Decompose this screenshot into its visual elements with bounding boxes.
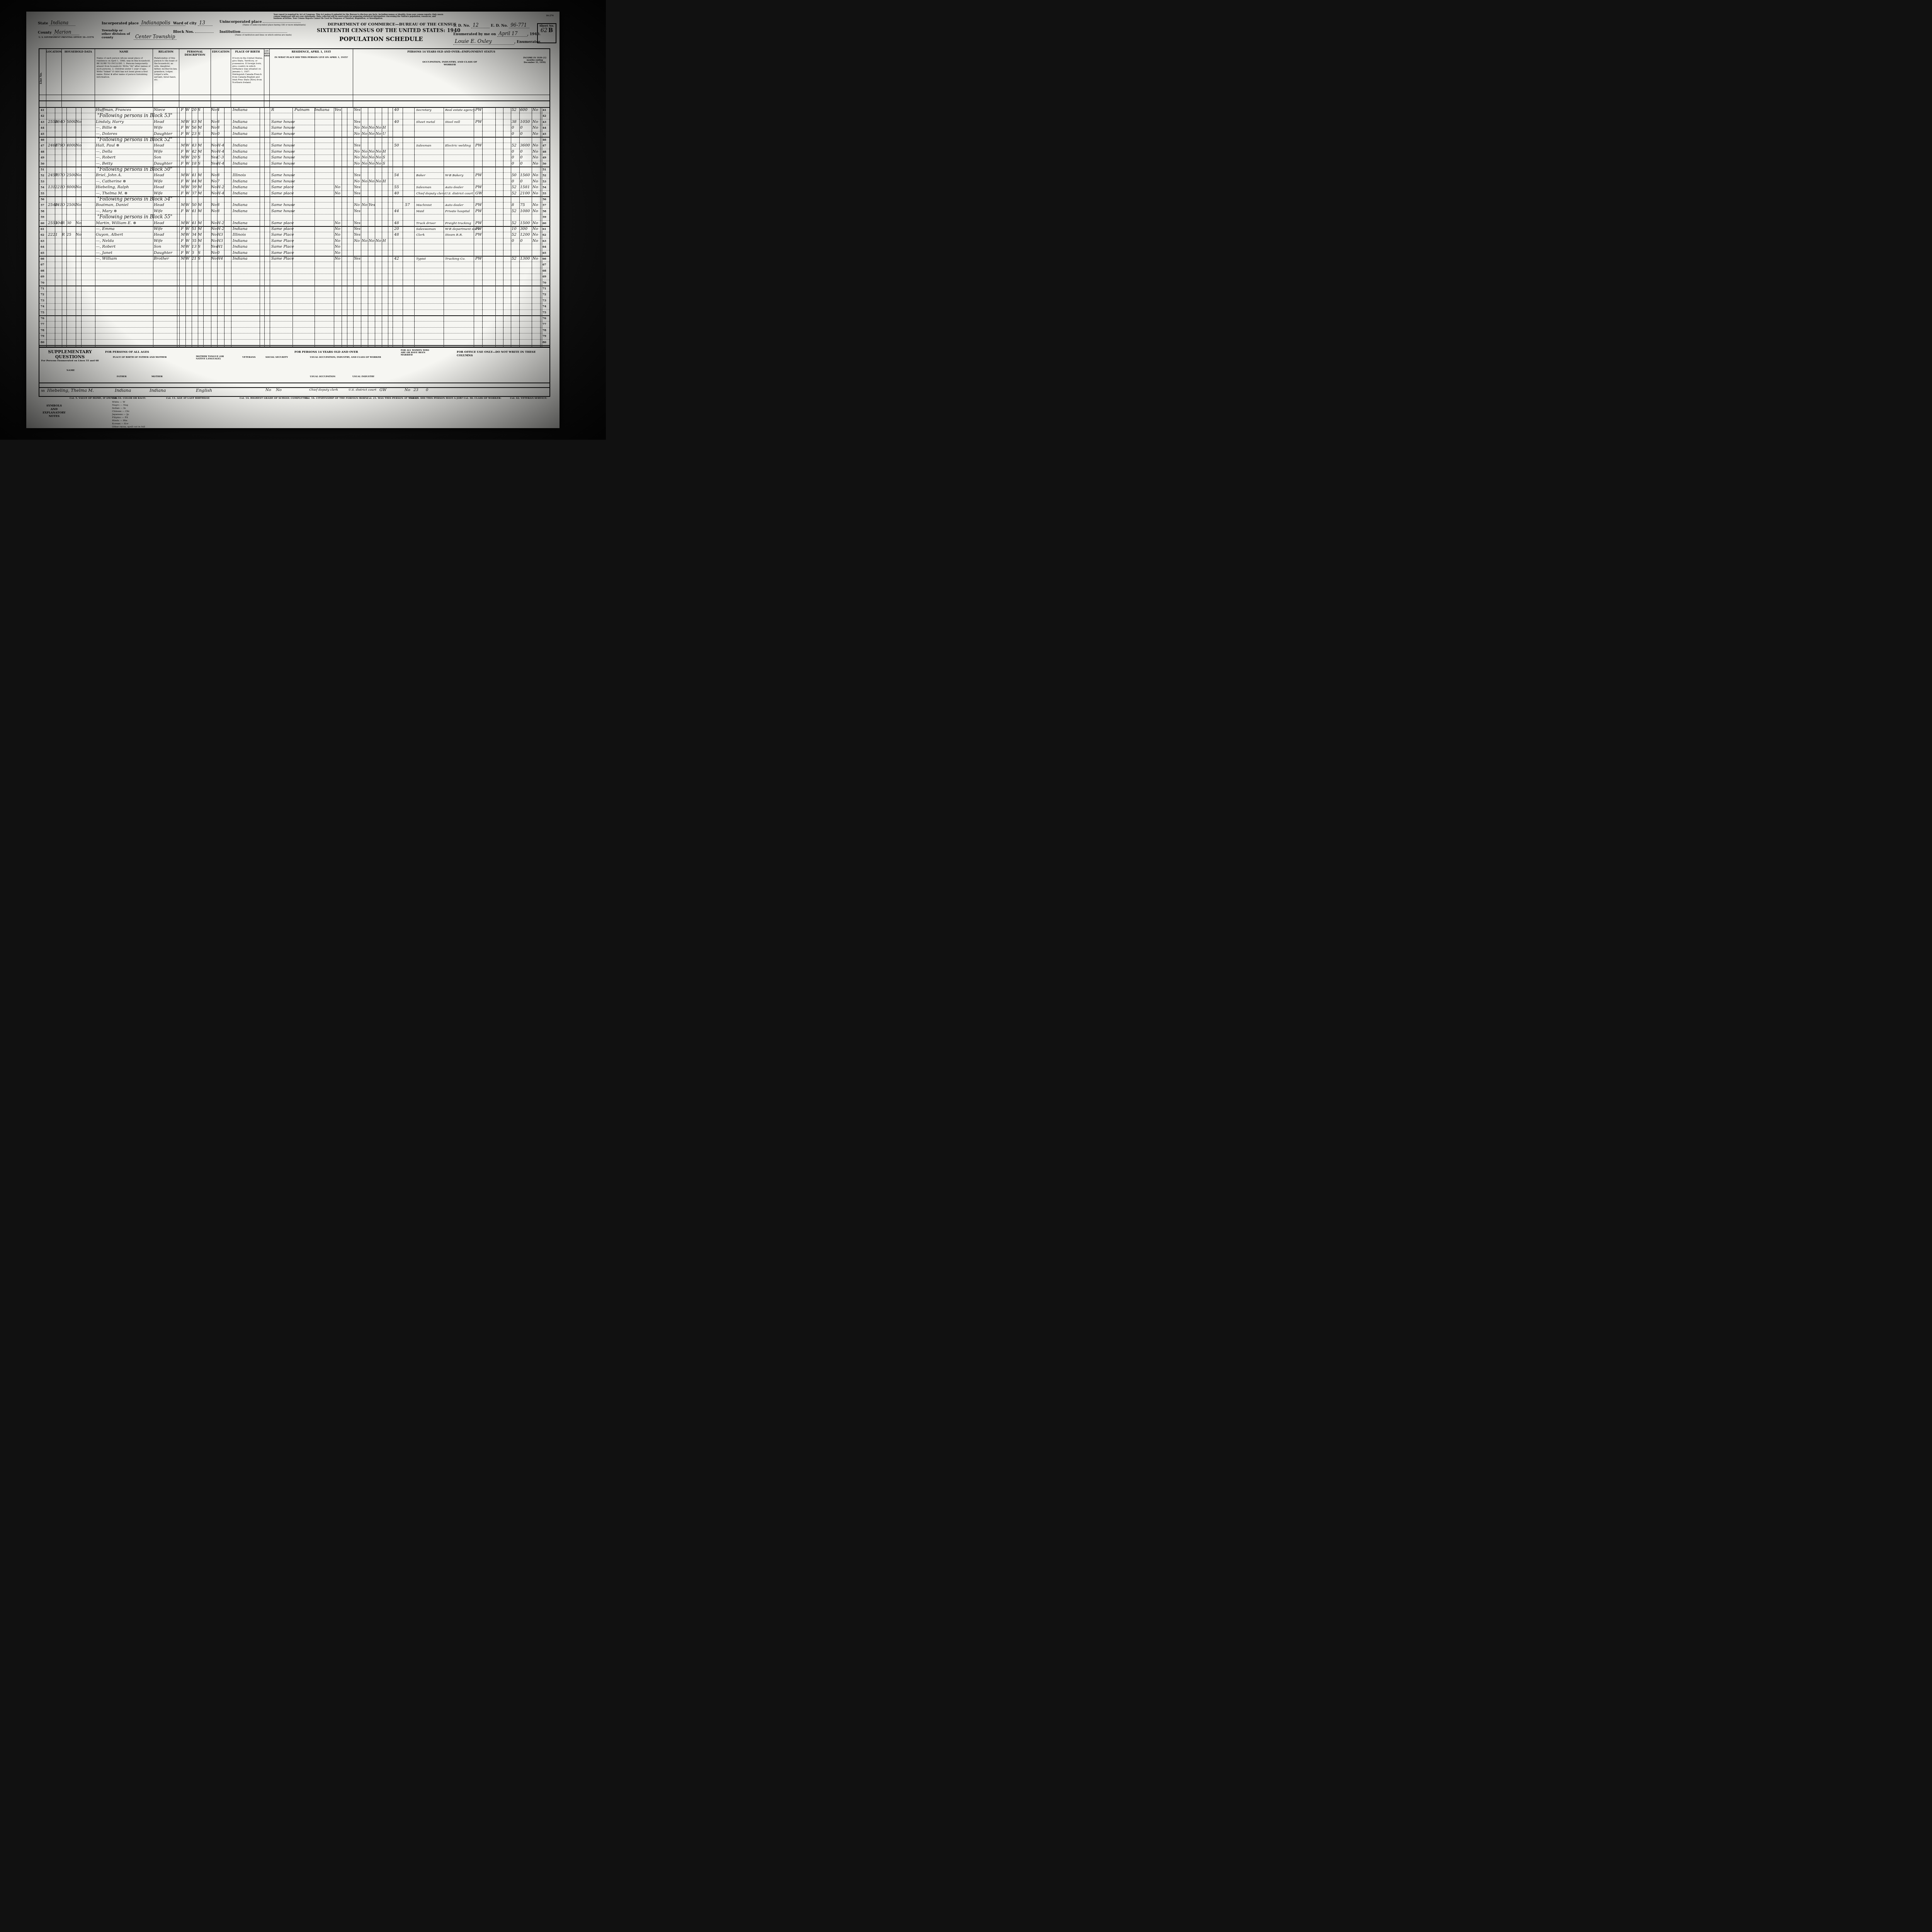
table-row: 4848—, DellaWifeFW42MNoH-4IndianaSame ho… — [39, 149, 549, 155]
supp-age-first-marriage: 23 — [413, 388, 418, 392]
at-work-cell: Yes — [354, 190, 361, 196]
at-work-cell: Yes — [354, 226, 361, 232]
other-income-cell: No — [532, 220, 538, 226]
table-row: 4242"Following persons in Block 53" — [39, 113, 549, 119]
weeks-worked-cell: 50 — [512, 172, 517, 178]
class-cell: PW — [475, 202, 482, 208]
school-cell: No — [211, 125, 217, 131]
school-cell: No — [211, 220, 217, 226]
note-col14: Col. 14. HIGHEST GRADE OF SCHOOL COMPLET… — [240, 397, 309, 400]
supp-father-header: FATHER — [117, 376, 127, 378]
column-divider — [388, 107, 388, 347]
line-number: 78 — [41, 327, 44, 333]
table-row: 7272 — [39, 291, 549, 298]
supp-group-14-over: FOR PERSONS 14 YEARS OLD AND OVER — [294, 350, 358, 354]
race-cell: W — [185, 131, 189, 137]
marital-cell: M — [198, 179, 202, 184]
res-farm-cell: Yes — [335, 107, 341, 113]
column-divider — [81, 107, 82, 347]
relation-cell: Wife — [154, 149, 163, 155]
race-cell: W — [185, 190, 189, 196]
line-number: 80 — [41, 339, 44, 345]
other-income-cell: No — [532, 172, 538, 178]
line-number: 54 — [543, 184, 546, 190]
value-cell: 2500 — [66, 172, 76, 178]
grade-cell: H1 — [217, 244, 223, 250]
marital-cell: M — [198, 149, 202, 155]
race-cell: W — [185, 208, 189, 214]
res-city-cell: Same place — [271, 220, 294, 226]
column-divider — [46, 107, 47, 347]
res-city-cell: Same house — [271, 179, 295, 184]
notes-title: SYMBOLS AND EXPLANATORY NOTES — [43, 404, 66, 418]
farm-cell: No — [76, 220, 82, 226]
line-number: 55 — [41, 190, 44, 196]
grade-cell: H-2 — [217, 184, 224, 190]
occupation-cell: Sheet metal — [416, 119, 435, 125]
state-label: State — [38, 22, 48, 26]
supp-name: Hiebeling, Thelma M. — [47, 388, 94, 393]
age-cell: 20 — [192, 155, 197, 160]
at-work-cell: Yes — [354, 143, 361, 148]
c22-cell: No — [362, 179, 367, 184]
grade-cell: H-2 — [217, 220, 224, 226]
name-cell: —, William — [96, 256, 117, 262]
printing-office: U. S. GOVERNMENT PRINTING OFFICE 10—1157… — [39, 36, 94, 39]
value-cell: 5000 — [66, 119, 76, 125]
c23-cell: No — [369, 149, 374, 155]
school-cell: No — [211, 208, 217, 214]
at-work-cell: Yes — [354, 208, 361, 214]
line-number: 63 — [41, 238, 44, 244]
name-cell: —, Nelda — [96, 238, 114, 244]
column-divider — [55, 107, 55, 347]
note-col5: Col. 5. VALUE OF HOME, IF OWNED: — [70, 397, 118, 400]
table-row: 6363—, NeldaWifeFW35MNoH3IndianaSame Pla… — [39, 238, 549, 244]
line-number: 50 — [41, 161, 44, 167]
line-number: 73 — [41, 298, 44, 303]
own-cell: R — [62, 232, 65, 238]
line-number: 48 — [543, 149, 546, 155]
unincorporated-note: (Name of unincorporated place having 100… — [243, 24, 306, 26]
column-divider — [153, 107, 153, 347]
supp-usual-class: GW — [379, 388, 386, 392]
township-label: Township or other division of county — [102, 29, 133, 39]
race-code: Filipino — Fil — [112, 416, 158, 419]
name-cell: Lindaly, Harry — [96, 119, 124, 125]
supp-line-no: 55 — [41, 389, 45, 393]
supp-mother-tongue: English — [196, 388, 212, 393]
race-cell: W — [185, 179, 189, 184]
marital-cell: M — [198, 220, 202, 226]
block-note: "Following persons in Block 50" — [97, 167, 172, 172]
table-row: 4141Huffman, FrancesNieceFW20SNo4Indiana… — [39, 107, 549, 113]
res-city-cell: Same house — [271, 172, 295, 178]
line-number: 55 — [543, 190, 546, 196]
grade-cell: H-4 — [217, 149, 224, 155]
res-farm-cell: No — [335, 220, 340, 226]
sex-cell: F — [181, 250, 184, 256]
name-cell: —, Thelma M. ⊗ — [96, 190, 128, 196]
c25-cell: S — [383, 155, 385, 160]
hh-cell: 164 — [55, 119, 62, 125]
note-col30: Col. 30. CLASS OF WORKER: — [464, 397, 502, 400]
res-city-cell: R — [271, 107, 274, 113]
incorporated-place-label: Incorporated place — [102, 22, 139, 26]
line-number: 69 — [543, 274, 546, 279]
census-title: SIXTEENTH CENSUS OF THE UNITED STATES: 1… — [317, 28, 461, 33]
relation-cell: Head — [154, 184, 164, 190]
supp-mother-header: MOTHER — [151, 376, 163, 378]
race-cell: W — [185, 125, 189, 131]
line-number: 58 — [41, 208, 44, 214]
line-number: 57 — [41, 202, 44, 208]
age-cell: 41 — [192, 172, 197, 178]
line-number: 49 — [41, 155, 44, 160]
sheet-side: B — [548, 27, 553, 34]
table-row: 7373 — [39, 298, 549, 304]
industry-cell: W-B Bakery — [445, 172, 463, 178]
relation-cell: Head — [154, 202, 164, 208]
line-number: 47 — [41, 143, 44, 148]
county-label: County — [38, 31, 52, 35]
c22-cell: No — [362, 149, 367, 155]
race-cell: W — [185, 256, 189, 262]
note-col16: Col. 16. CITIZENSHIP OF THE FOREIGN BORN… — [305, 397, 368, 400]
res-state-cell: Indiana — [315, 107, 329, 113]
column-divider — [198, 107, 198, 347]
own-cell: R — [62, 220, 65, 226]
age-cell: 23 — [192, 131, 197, 137]
column-divider — [503, 107, 503, 347]
birthplace-cell: Indiana — [233, 208, 247, 214]
race-code: Other races, spell out in full — [112, 425, 158, 429]
school-cell: No — [211, 232, 217, 238]
c22-cell: No — [362, 125, 367, 131]
res-farm-cell: No — [335, 184, 340, 190]
table-row: 4949—, RobertSonMW20SYesC-3IndianaSame h… — [39, 155, 549, 161]
township-value: Center Township — [134, 34, 177, 40]
race-code: Negro — Neg — [112, 404, 158, 407]
table-row: 7878 — [39, 327, 549, 333]
c24-cell: No — [376, 179, 381, 184]
wages-cell: 1500 — [520, 220, 530, 226]
school-cell: No — [211, 202, 217, 208]
weeks-worked-cell: 52 — [512, 208, 517, 214]
school-cell: No — [211, 256, 217, 262]
res-city-cell: Same house — [271, 119, 295, 125]
line-number: 46 — [543, 137, 546, 143]
line-number: 43 — [543, 119, 546, 125]
legal-notice: Your report is required by Act of Congre… — [274, 14, 444, 20]
house-cell: 131 — [48, 184, 55, 190]
age-cell: 39 — [192, 184, 197, 190]
sex-cell: F — [181, 190, 184, 196]
supp-tongue-header: MOTHER TONGUE (OR NATIVE LANGUAGE) — [196, 355, 231, 360]
enumerated-label: Enumerated by me on — [453, 32, 496, 36]
form-number: 16-274 — [546, 15, 553, 17]
race-code: Indian — In — [112, 407, 158, 410]
column-divider — [231, 107, 231, 347]
line-number: 69 — [41, 274, 44, 279]
line-number: 77 — [41, 321, 44, 327]
hours-cell: 54 — [394, 172, 399, 178]
weeks-worked-cell: 52 — [512, 107, 517, 113]
supp-ss-number: No — [265, 388, 271, 392]
income-header: INCOME IN 1939 (12 months ending Decembe… — [523, 57, 546, 64]
occupation-cell: Clerk — [416, 232, 425, 238]
sex-cell: F — [181, 226, 184, 232]
column-divider — [353, 107, 354, 347]
hh-cell: 221 — [55, 184, 62, 190]
grade-cell: H-4 — [217, 161, 224, 167]
own-cell: O — [62, 202, 65, 208]
supp-ss-deductions: No — [276, 388, 282, 392]
line-number: 57 — [543, 202, 546, 208]
supp-name-header: NAME — [66, 369, 75, 372]
res-county-cell: Putnam — [294, 107, 310, 113]
c25-cell: U — [383, 131, 386, 137]
sex-cell: M — [181, 232, 185, 238]
column-divider — [540, 107, 541, 347]
hours-cell: 42 — [394, 256, 399, 262]
weeks-worked-cell: 0 — [512, 161, 514, 167]
c22-cell: No — [362, 202, 367, 208]
age-cell: 63 — [192, 119, 197, 125]
enumerator-field: Louie E. Oxley, Enumerator. — [453, 39, 541, 45]
school-cell: Yes — [211, 161, 218, 167]
c23-cell: No — [369, 238, 374, 244]
res-farm-cell: No — [335, 190, 340, 196]
other-income-cell: No — [532, 107, 538, 113]
line-number: 64 — [41, 244, 44, 250]
line-number: 53 — [41, 179, 44, 184]
line-number: 56 — [543, 196, 546, 202]
c25-cell: H — [383, 125, 386, 131]
relation-cell: Wife — [154, 208, 163, 214]
table-row: 7676 — [39, 315, 549, 321]
race-cell: W — [185, 119, 189, 125]
grade-cell: H-4 — [217, 143, 224, 148]
other-income-cell: No — [532, 149, 538, 155]
res-city-cell: Same house — [271, 155, 295, 160]
weeks-worked-cell: 52 — [512, 220, 517, 226]
column-divider — [217, 107, 218, 347]
column-divider — [185, 107, 186, 347]
line-number: 54 — [41, 184, 44, 190]
hours-cell: 40 — [394, 190, 399, 196]
column-divider — [76, 107, 76, 347]
line-number: 46 — [41, 137, 44, 143]
at-work-cell: Yes — [354, 119, 361, 125]
occupation-cell: Baker — [416, 172, 425, 178]
column-divider — [260, 107, 260, 347]
at-work-cell: No — [354, 238, 360, 244]
institution-value — [241, 32, 287, 33]
marital-cell: M — [198, 172, 202, 178]
c22-cell: No — [362, 161, 367, 167]
line-number: 50 — [543, 161, 546, 167]
column-divider — [361, 107, 361, 347]
sd-value: 12 — [471, 22, 490, 28]
weeks-worked-cell: 52 — [512, 184, 517, 190]
other-income-cell: No — [532, 184, 538, 190]
table-row: 5656"Following persons in Block 54" — [39, 196, 549, 202]
sheet-value: 62 — [541, 27, 548, 34]
res-city-cell: Same place — [271, 184, 294, 190]
birthplace-cell: Indiana — [233, 190, 247, 196]
column-divider — [532, 107, 532, 347]
sheet-number-box: Sheet No. 62 B — [537, 23, 556, 43]
industry-cell: Real estate agency — [445, 107, 475, 113]
column-divider — [203, 107, 204, 347]
c25-cell: H — [383, 238, 386, 244]
name-cell: Boatman, Daniel — [96, 202, 128, 208]
column-divider — [179, 107, 180, 347]
sex-cell: F — [181, 125, 184, 131]
at-work-cell: No — [354, 155, 360, 160]
institution-field: Institution (Name of institution and lin… — [219, 30, 292, 36]
block-note: "Following persons in Block 52" — [97, 137, 172, 143]
table-row: 7171 — [39, 286, 549, 292]
at-work-cell: Yes — [354, 232, 361, 238]
industry-cell: Freight trucking — [445, 220, 471, 226]
other-income-cell: No — [532, 119, 538, 125]
birthplace-cell: Illinois — [233, 172, 246, 178]
unincorporated-label: Unincorporated place — [219, 20, 262, 24]
enumerated-date: April 17 — [497, 31, 527, 37]
line-number: 59 — [543, 214, 546, 220]
at-work-cell: Yes — [354, 220, 361, 226]
supp-usual-industry-header: USUAL INDUSTRY — [352, 376, 374, 378]
line-number: 75 — [543, 310, 546, 315]
ward-value: 13 — [198, 20, 213, 26]
column-divider — [542, 107, 542, 347]
supplementary-section: SUPPLEMENTARY QUESTIONS For Persons Enum… — [39, 347, 550, 397]
name-cell: —, Billie ⊗ — [96, 125, 117, 131]
relation-cell: Head — [154, 220, 164, 226]
line-number: 71 — [41, 286, 44, 291]
class-cell: PW — [475, 143, 482, 148]
sex-cell: M — [181, 256, 185, 262]
birthplace-cell: Indiana — [233, 184, 247, 190]
relation-cell: Niece — [154, 107, 165, 113]
hh-cell: 179 — [55, 143, 62, 148]
line-number: 45 — [543, 131, 546, 137]
line-number: 71 — [543, 286, 546, 291]
class-cell: GW — [475, 190, 482, 196]
wages-cell: 1050 — [520, 119, 530, 125]
name-cell: —, Janet — [96, 250, 112, 256]
at-work-cell: No — [354, 161, 360, 167]
relation-cell: Daughter — [154, 161, 172, 167]
marital-cell: S — [198, 161, 201, 167]
line-number: 67 — [41, 262, 44, 267]
line-number: 48 — [41, 149, 44, 155]
sex-cell: F — [181, 208, 184, 214]
column-divider — [62, 107, 62, 347]
table-row: 5959"Following persons in Block 55" — [39, 214, 549, 220]
sex-cell: F — [181, 179, 184, 184]
line-number: 60 — [41, 220, 44, 226]
wages-cell: 75 — [520, 202, 525, 208]
class-cell: PW — [475, 208, 482, 214]
explanatory-notes: SYMBOLS AND EXPLANATORY NOTES Col. 5. VA… — [39, 396, 549, 427]
line-number: 56 — [41, 196, 44, 202]
column-divider — [264, 107, 265, 347]
line-number: 68 — [543, 268, 546, 274]
c22-cell: No — [362, 155, 367, 160]
column-divider — [403, 107, 403, 347]
wages-cell: 1200 — [520, 232, 530, 238]
supp-occupation-header: USUAL OCCUPATION, INDUSTRY, AND CLASS OF… — [310, 356, 381, 359]
table-row: 6666—, WilliamBrotherMW21SNoH4IndianaSam… — [39, 256, 549, 262]
age-cell: 37 — [192, 190, 197, 196]
line-number: 68 — [41, 268, 44, 274]
birthplace-cell: Indiana — [233, 143, 247, 148]
grade-cell: H-2 — [217, 226, 224, 232]
marital-cell: S — [198, 250, 201, 256]
other-income-cell: No — [532, 190, 538, 196]
supp-mother-birth: Indiana — [150, 388, 166, 393]
line-number: 77 — [543, 321, 546, 327]
other-income-cell: No — [532, 208, 538, 214]
line-number: 47 — [543, 143, 546, 148]
ed-value: 96-771 — [509, 22, 529, 28]
race-cell: W — [185, 232, 189, 238]
relation-cell: Wife — [154, 238, 163, 244]
name-cell: —, Dolores — [96, 131, 117, 137]
house-cell: 2221 — [48, 232, 58, 238]
birthplace-cell: Indiana — [233, 220, 247, 226]
class-cell: PW — [475, 172, 482, 178]
table-row: 6969 — [39, 274, 549, 280]
column-divider — [66, 107, 67, 347]
marital-cell: M — [198, 190, 202, 196]
enumerated-field: Enumerated by me on April 17, 1940. — [453, 31, 541, 37]
farm-cell: No — [76, 202, 82, 208]
other-income-cell: No — [532, 143, 538, 148]
name-instructions: Name of each person whose usual place of… — [95, 53, 153, 79]
own-cell: O — [62, 184, 65, 190]
sex-cell: M — [181, 184, 185, 190]
res-city-cell: Same house — [271, 149, 295, 155]
school-cell: No — [211, 149, 217, 155]
c25-cell: H — [383, 149, 386, 155]
block-value — [195, 32, 214, 33]
sex-cell: M — [181, 220, 185, 226]
race-code: White — W — [112, 401, 158, 404]
table-row: 4646"Following persons in Block 52" — [39, 137, 549, 143]
state-field: State Indiana — [38, 20, 75, 26]
hh-cell: 304 — [55, 220, 62, 226]
own-cell: O — [62, 119, 65, 125]
line-number: 59 — [41, 214, 44, 220]
at-work-cell: Yes — [354, 184, 361, 190]
birthplace-cell: Indiana — [233, 226, 247, 232]
relation-cell: Son — [154, 244, 161, 250]
c24-cell: No — [376, 125, 381, 131]
column-divider — [444, 107, 444, 347]
occupation-cell: Salesman — [416, 184, 431, 190]
column-divider — [211, 107, 211, 347]
relation-instructions: Relationship of this person to the head … — [153, 53, 179, 82]
other-income-cell: No — [532, 179, 538, 184]
table-row: 57572546241O2500NoBoatman, DanielHeadMW5… — [39, 202, 549, 208]
weeks-worked-cell: 0 — [512, 155, 514, 160]
birthplace-cell: Indiana — [233, 161, 247, 167]
column-divider — [224, 107, 224, 347]
